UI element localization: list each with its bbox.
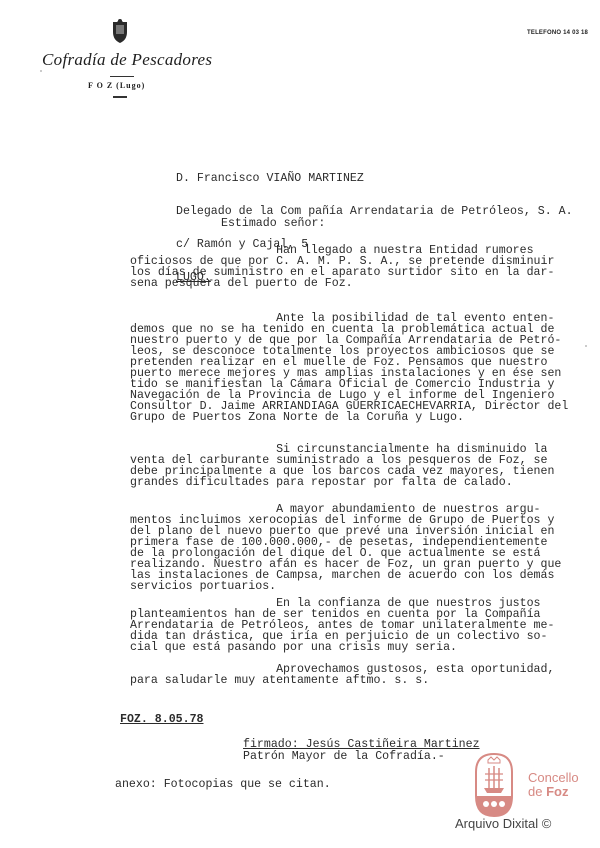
coat-of-arms-icon: [110, 18, 130, 44]
signature-name: firmado: Jesús Castiñeira Martinez: [243, 739, 480, 750]
logo-line2-prefix: de: [528, 784, 546, 799]
logo-line1: Concello: [528, 771, 579, 785]
recipient-line: D. Francisco VIAÑO MARTINEZ: [176, 173, 573, 184]
ship-emblem-icon: [472, 752, 516, 818]
concello-de-foz-logo-text: Concello de Foz: [528, 771, 579, 799]
scan-speck: [585, 345, 587, 347]
letterhead-organization: Cofradía de Pescadores: [42, 50, 212, 70]
scan-speck: [40, 70, 42, 72]
date-line: FOZ. 8.05.78: [120, 714, 204, 725]
letterhead-location: F O Z (Lugo): [88, 81, 145, 90]
body-paragraph: A mayor abundamiento de nuestros argu- m…: [130, 504, 561, 592]
body-paragraph: Si circunstancialmente ha disminuido la …: [130, 444, 554, 488]
annex-note: anexo: Fotocopias que se citan.: [115, 779, 331, 790]
body-paragraph: Han llegado a nuestra Entidad rumores of…: [130, 245, 554, 289]
body-paragraph: Ante la posibilidad de tal evento enten-…: [130, 313, 568, 423]
logo-line2: de Foz: [528, 785, 579, 799]
letterhead-divider: [113, 96, 127, 98]
body-paragraph: En la confianza de que nuestros justos p…: [130, 598, 554, 653]
salutation: Estimado señor:: [221, 218, 325, 229]
letterhead-phone: TELEFONO 14 03 18: [527, 30, 588, 36]
recipient-line: Delegado de la Com pañía Arrendataria de…: [176, 206, 573, 217]
letterhead-divider: [110, 76, 134, 77]
closing-paragraph: Aprovechamos gustosos, esta oportunidad,…: [130, 664, 554, 686]
archive-label: Arquivo Dixital ©: [455, 816, 551, 831]
logo-line2-bold: Foz: [546, 784, 568, 799]
signature-title: Patrón Mayor de la Cofradía.-: [243, 751, 445, 762]
